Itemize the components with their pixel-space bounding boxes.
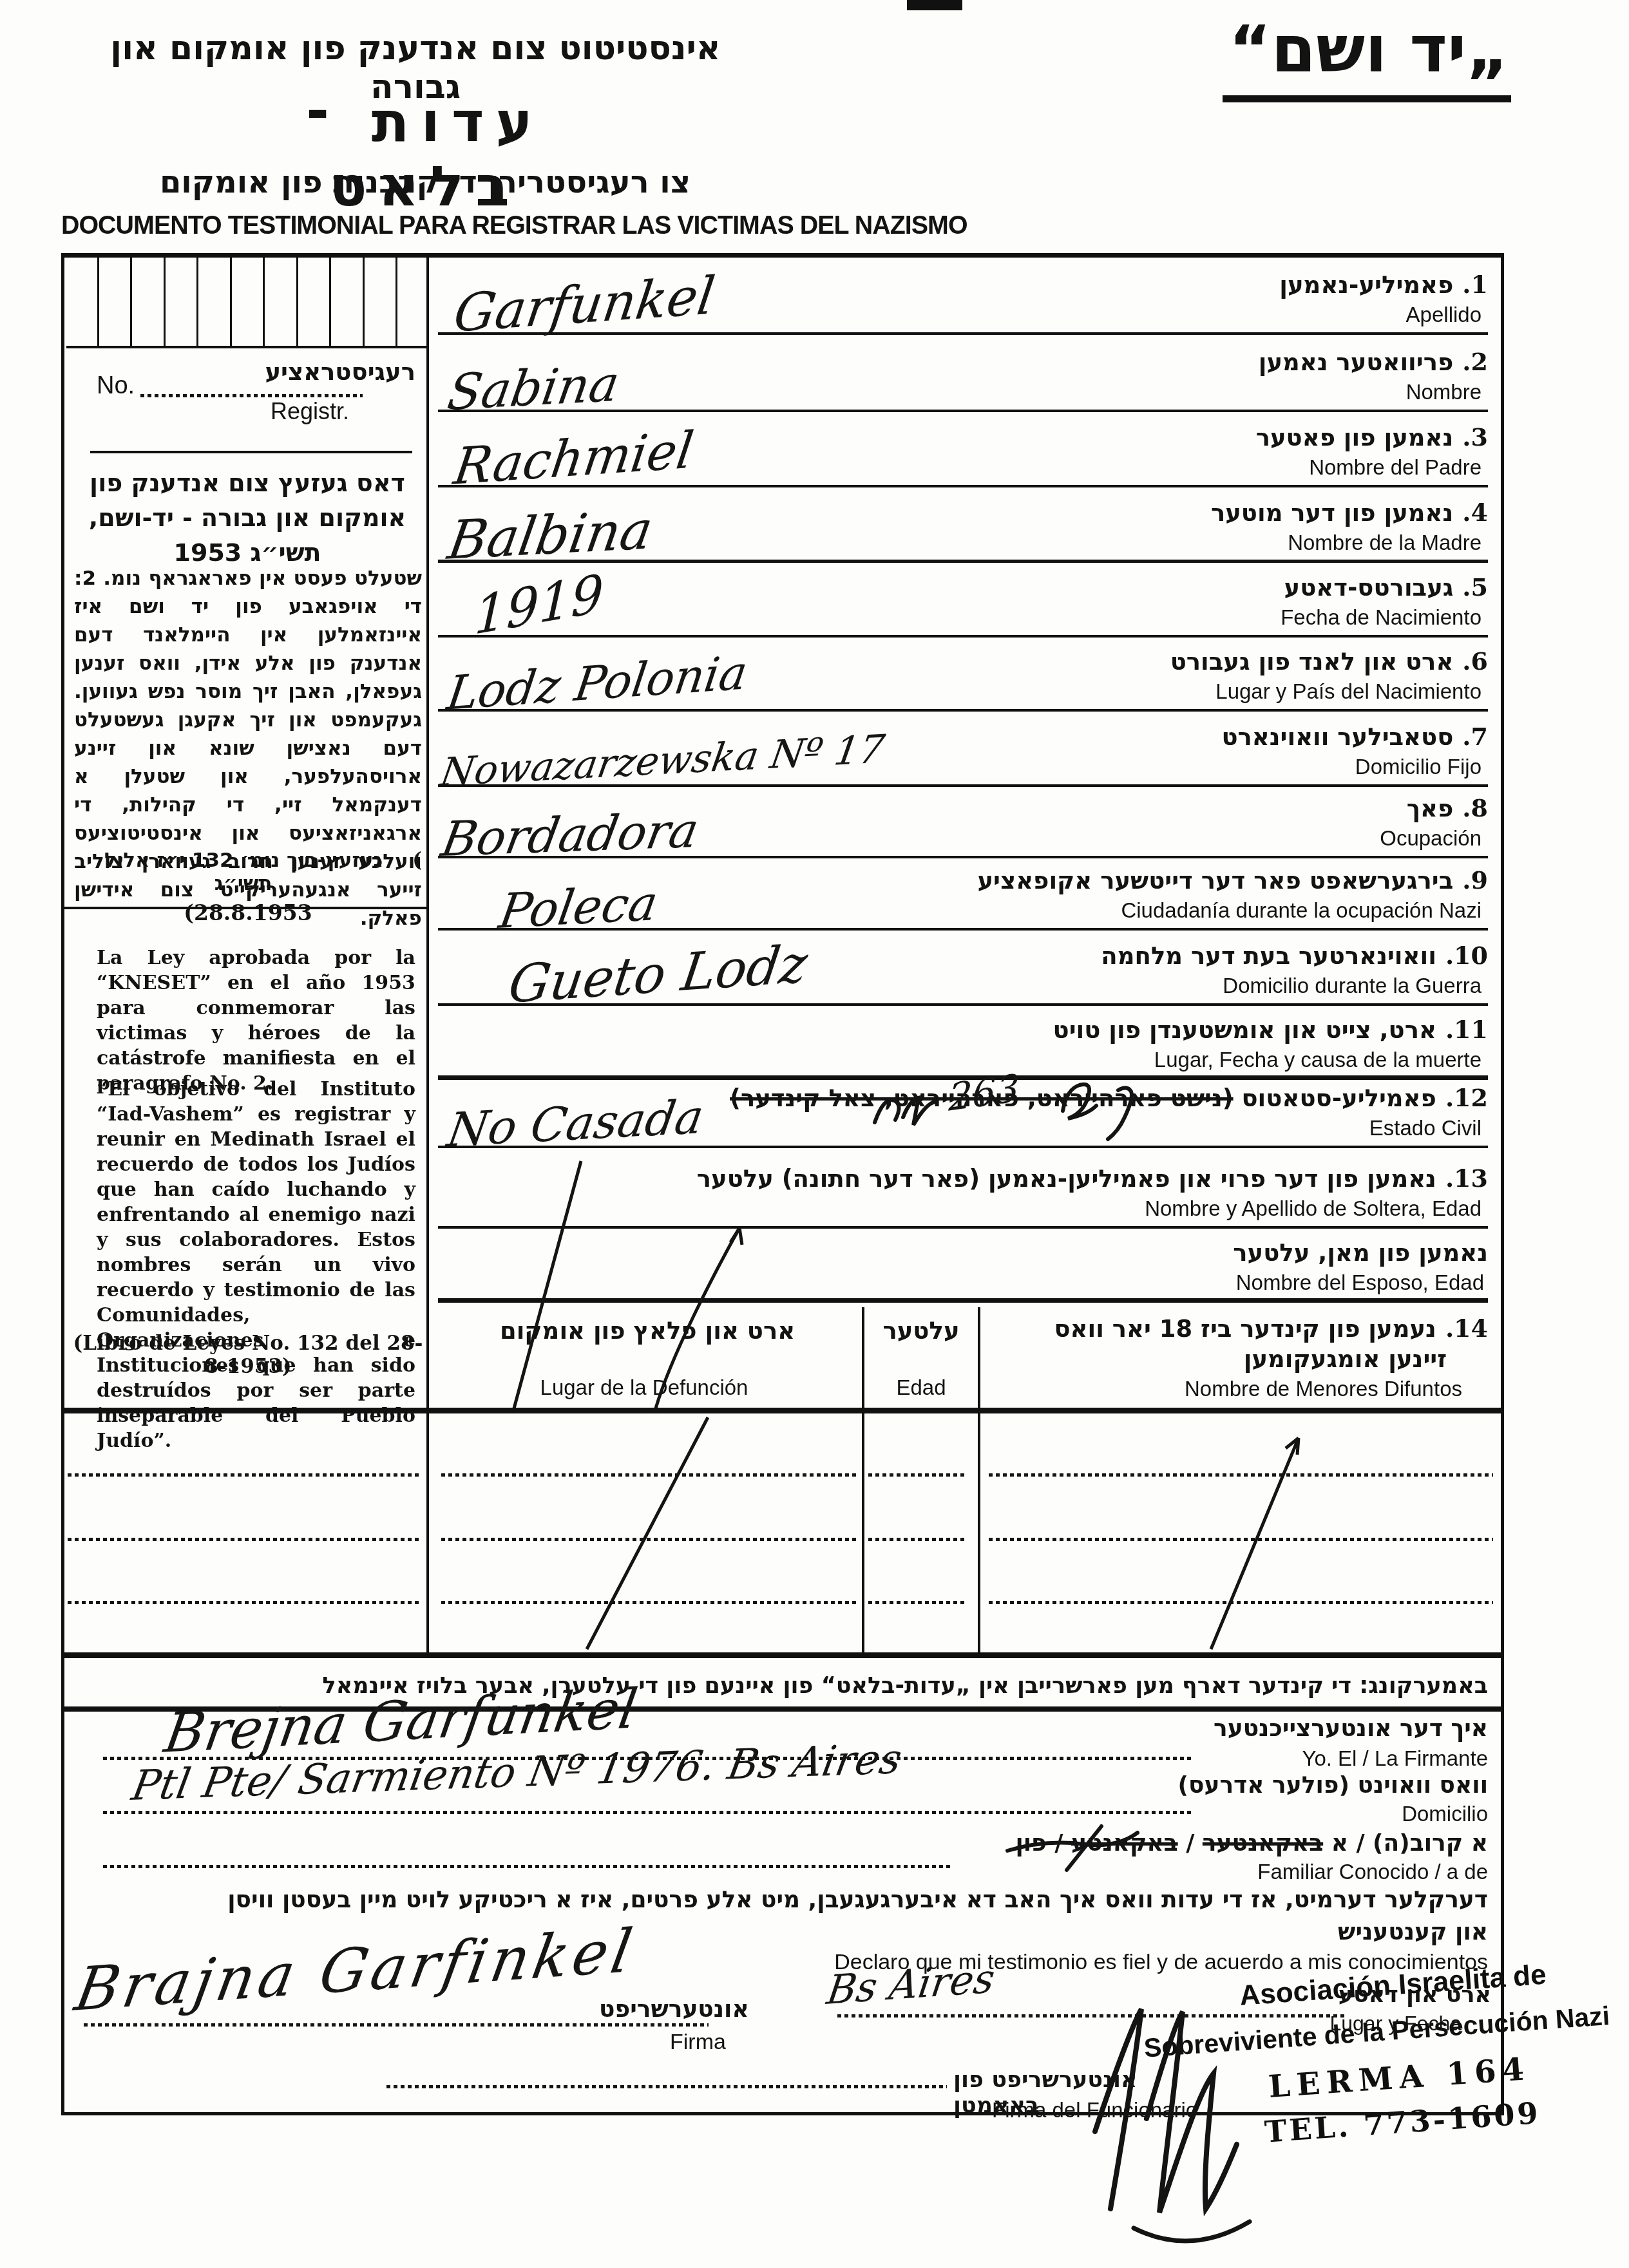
familiar-slash-mark (1005, 1822, 1140, 1874)
field-number: .5 (1462, 572, 1488, 601)
sidebar-rule-1 (90, 451, 412, 453)
form-left-border (61, 253, 64, 2115)
field-label-line: פאך.8 (1380, 793, 1488, 822)
field-label-line: פאמיליע-נאמען.1 (1279, 270, 1488, 299)
field-label: נאמען פון מאן, עלטערNombre del Esposo, E… (1233, 1239, 1488, 1295)
domicilio-label-es: Domicilio (1402, 1802, 1488, 1826)
field-number: .11 (1445, 1015, 1488, 1044)
field-number: .3 (1462, 422, 1488, 451)
table-bottom (61, 1652, 1503, 1658)
lugar-fecha-value: Bs Aires (824, 1958, 997, 2010)
grid-tick (130, 258, 132, 346)
field-value: Gueto Lodz (506, 938, 810, 1011)
field-label-yi: געבורטס-דאטע (1284, 574, 1454, 601)
form-field-row: בירגערשאפט פאר דער דייטשער אקופאציע.9Ciu… (438, 858, 1488, 931)
logo-underline (1223, 95, 1511, 102)
table-dotted-line (68, 1473, 422, 1477)
field-number: .7 (1462, 722, 1488, 751)
field-label-yi: ארט, צייט און אומשטענדן פון טויט (1053, 1016, 1436, 1044)
field-label-line: ארט, צייט און אומשטענדן פון טויט.11 (1053, 1015, 1488, 1044)
field-label-es: Domicilio durante la Guerra (1101, 974, 1488, 998)
grid-tick (395, 258, 397, 346)
col-lugar-yi: ארט און פלאץ פון אומקום (438, 1317, 857, 1345)
law-cite-es: (Libro de Leyes No. 132 del 28-8-1953) (71, 1332, 425, 1378)
field-label-line: נאמען פון מאן, עלטער (1233, 1239, 1488, 1267)
field-label-es: Lugar, Fecha y causa de la muerte (1053, 1048, 1488, 1072)
familiar-segment: א קרוב(ה) / א (1323, 1830, 1488, 1857)
field-number: .4 (1462, 498, 1488, 527)
table-vline-2 (978, 1307, 980, 1657)
field-label-yi: פאך (1407, 795, 1454, 822)
col-edad-yi: עלטער (864, 1317, 978, 1345)
field-number: .2 (1462, 347, 1488, 376)
registr-label-yi: רעגיסטראציע (258, 358, 415, 386)
field-label: וואוינארטער בעת דער מלחמה.10Domicilio du… (1101, 941, 1488, 998)
field-label: פאך.8Ocupación (1380, 793, 1488, 851)
scan-artifact (907, 0, 962, 10)
firma-label-es: Firma (670, 2030, 726, 2055)
table-dotted-line (68, 1538, 422, 1541)
registration-no-label: No. (97, 372, 135, 400)
field-label-yi: פאמיליע-נאמען (1279, 271, 1453, 299)
form-field-row: געבורטס-דאטע.5Fecha de Nacimiento1919 (438, 563, 1488, 638)
field-label-es: Ocupación (1380, 826, 1488, 851)
field-label-line: ארט און לאנד פון געבורט.6 (1170, 647, 1488, 676)
field-value: Nowazarzewska Nº 17 (438, 730, 887, 792)
familiar-segment: באקאנטער (1203, 1830, 1323, 1857)
field-label-es: Ciudadanía durante la ocupación Nazi (977, 898, 1488, 923)
firma-value: Brajna Garfinkel (71, 1921, 640, 2020)
field-value: Garfunkel (451, 270, 718, 340)
domicilio-label-yi: וואס וואוינט (פולער אדרעס) (1178, 1772, 1489, 1799)
field14-yi-1: נעמען פון קינדער ביז 18 יאר וואס (1054, 1315, 1436, 1343)
form-field-row: ארט און לאנד פון געבורט.6Lugar y País de… (438, 638, 1488, 712)
firma-line (84, 2023, 709, 2027)
grid-tick (230, 258, 232, 346)
field-value: Bordadora (438, 807, 702, 864)
familiar-label-es: Familiar Conocido / a de (1257, 1860, 1488, 1884)
field-label: נאמען פון דער מוטער.4Nombre de la Madre (1211, 498, 1488, 555)
law-cite-yi: געזעץ-בוך נומ׳ 132 י״ז אלול תשי״ג( (28.8… (74, 849, 422, 925)
field14-num: .14 (1445, 1314, 1488, 1343)
table-slash-menores (1203, 1433, 1306, 1652)
declaration-yi-2: און קענטעניש (1338, 1919, 1488, 1945)
field-label-yi: סטאבילער וואוינארט (1221, 723, 1453, 751)
col-lugar-header: ארט און פלאץ פון אומקום Lugar de la Defu… (438, 1317, 857, 1400)
form-field-row: פריוואטער נאמען.2NombreSabina (438, 335, 1488, 412)
sidebar-rule-2 (61, 907, 428, 909)
col-edad-header: עלטער Edad (864, 1317, 978, 1400)
field-value: No Casada (444, 1093, 707, 1153)
grid-tick (263, 258, 265, 346)
field-value: Sabina (444, 359, 622, 417)
field-label-es: Nombre de la Madre (1211, 531, 1488, 555)
declaration-yi-1: דערקלער דערמיט, אז די עדות וואס איך האב … (227, 1887, 1488, 1913)
field-label: ארט, צייט און אומשטענדן פון טויט.11Lugar… (1053, 1015, 1488, 1072)
field14-label: נעמען פון קינדער ביז 18 יאר וואס .14 זיי… (992, 1314, 1488, 1401)
field-label-es: Fecha de Nacimiento (1281, 605, 1488, 630)
law-heading-line: דאס געזעץ צום אנדענק פון (71, 469, 424, 497)
field-number: .1 (1462, 270, 1488, 299)
grid-tick (164, 258, 166, 346)
death-info-value: 263 (948, 1069, 1020, 1117)
law-cite-yi-date: (28.8.1953 (74, 900, 422, 925)
field-label-es: Domicilio Fijo (1221, 755, 1488, 779)
field-value: 1919 (473, 567, 604, 643)
field-label-es: Lugar y País del Nacimiento (1170, 679, 1488, 704)
form-right-border (1501, 253, 1504, 2115)
field-label-line: נאמען פון דער פרוי און פאמיליען-נאמען (פ… (697, 1164, 1488, 1193)
yad-vashem-logo: „יד ושם“ (1224, 12, 1514, 87)
law-heading-line: אומקום און גבורה - יד-ושם, (71, 504, 424, 532)
form-field-row: ארט, צייט און אומשטענדן פון טויט.11Lugar… (438, 1006, 1488, 1080)
law-heading-line: תשי״ג 1953 (71, 538, 424, 567)
table-dotted-line (868, 1473, 966, 1477)
table-header-bottom (61, 1408, 1503, 1413)
field-label-yi: ארט און לאנד פון געבורט (1170, 648, 1454, 676)
field-label: נאמען פון פאטער.3Nombre del Padre (1256, 422, 1488, 480)
field-label-yi: נאמען פון דער מוטער (1211, 499, 1453, 527)
field-number: .8 (1462, 793, 1488, 822)
field-label: ארט און לאנד פון געבורט.6Lugar y País de… (1170, 647, 1488, 704)
grid-tick (196, 258, 198, 346)
grid-tick (97, 258, 99, 346)
field-label-line: נאמען פון פאטער.3 (1256, 422, 1488, 451)
field14-es: Nombre de Menores Difuntos (992, 1377, 1488, 1401)
field-label: נאמען פון דער פרוי און פאמיליען-נאמען (פ… (697, 1164, 1488, 1221)
sidebar-divider (426, 253, 429, 1657)
grid-tick (363, 258, 365, 346)
grid-tick (329, 258, 331, 346)
form-field-row: נאמען פון פאטער.3Nombre del PadreRachmie… (438, 412, 1488, 487)
registration-no-line (140, 394, 363, 397)
field-value: Poleca (496, 879, 661, 936)
familiar-line (103, 1865, 953, 1868)
firma-label-yi: אונטערשריפט (599, 1996, 749, 2023)
field-label: פריוואטער נאמען.2Nombre (1259, 347, 1488, 404)
field-label-yi: נאמען פון מאן, עלטער (1233, 1239, 1488, 1267)
field-label-yi: וואוינארטער בעת דער מלחמה (1101, 942, 1436, 970)
table-dotted-line (868, 1538, 966, 1541)
field-label-es: Nombre del Esposo, Edad (1233, 1271, 1488, 1295)
firmante-label-es: Yo. El / La Firmante (1302, 1746, 1488, 1771)
field-label-yi: בירגערשאפט פאר דער דייטשער אקופאציע (977, 867, 1453, 894)
field-label-es: Nombre y Apellido de Soltera, Edad (697, 1196, 1488, 1221)
law-text-es-1: La Ley aprobada por la “KNESET” en el añ… (97, 945, 415, 1096)
table-dotted-line (68, 1601, 422, 1604)
field-label-line: נאמען פון דער מוטער.4 (1211, 498, 1488, 527)
firmante-label-yi: איך דער אונטערצייכנטער (1214, 1715, 1488, 1742)
field-label-line: בירגערשאפט פאר דער דייטשער אקופאציע.9 (977, 865, 1488, 894)
grid-bottom-line (66, 346, 427, 348)
field-number: .9 (1462, 865, 1488, 894)
field-label-yi: נאמען פון דער פרוי און פאמיליען-נאמען (פ… (697, 1165, 1436, 1193)
field-label: געבורטס-דאטע.5Fecha de Nacimiento (1281, 572, 1488, 630)
field-value: Rachmiel (451, 425, 696, 493)
form-field-row: וואוינארטער בעת דער מלחמה.10Domicilio du… (438, 931, 1488, 1006)
field-label-line: וואוינארטער בעת דער מלחמה.10 (1101, 941, 1488, 970)
grid-tick (296, 258, 298, 346)
familiar-segment: / (1178, 1830, 1203, 1857)
testimony-form-page: אינסטיטוט צום אנדענק פון אומקום און גבור… (0, 0, 1629, 2268)
table-dotted-line (868, 1601, 966, 1604)
col-lugar-es: Lugar de la Defunción (438, 1375, 857, 1400)
col-edad-es: Edad (864, 1375, 978, 1400)
field-label: פאמיליע-נאמען.1Apellido (1279, 270, 1488, 327)
form-field-row: פאך.8OcupaciónBordadora (438, 787, 1488, 858)
law-text-es-2: “El objetivo del Instituto “Iad-Vashem” … (97, 1077, 415, 1453)
form-field-row: נאמען פון דער מוטער.4Nombre de la MadreB… (438, 487, 1488, 563)
field-number: .12 (1445, 1083, 1488, 1112)
field-label-line: פריוואטער נאמען.2 (1259, 347, 1488, 376)
domicilio-line (103, 1811, 1192, 1814)
document-title-es: DOCUMENTO TESTIMONIAL PARA REGISTRAR LAS… (61, 210, 967, 240)
field14-yi-2: זיינען אומגעקומען (992, 1345, 1488, 1373)
field-label-es: Apellido (1279, 303, 1488, 327)
association-stamp: Asociación Israelita de Sobreviviente de… (1148, 1952, 1629, 2157)
form-field-row: סטאבילער וואוינארט.7Domicilio FijoNowaza… (438, 712, 1488, 787)
table-slash-lugar (576, 1413, 718, 1652)
field-number: .6 (1462, 647, 1488, 676)
field-label: סטאבילער וואוינארט.7Domicilio Fijo (1221, 722, 1488, 779)
field-label-es: Nombre del Padre (1256, 455, 1488, 480)
field-value: Lodz Polonia (444, 649, 750, 717)
funcionario-line (386, 2085, 947, 2088)
field-label-yi: נאמען פון פאטער (1256, 424, 1454, 451)
header-subtitle: צו רעגיסטרירן די קרבנות פון אומקום (148, 164, 702, 200)
field-label-line: געבורטס-דאטע.5 (1281, 572, 1488, 601)
field-label-es: Nombre (1259, 380, 1488, 404)
field-label-line: סטאבילער וואוינארט.7 (1221, 722, 1488, 751)
field-label: בירגערשאפט פאר דער דייטשער אקופאציע.9Ciu… (977, 865, 1488, 923)
field-number: .10 (1445, 941, 1488, 970)
field-number: .13 (1445, 1164, 1488, 1193)
field-label-yi: פריוואטער נאמען (1259, 348, 1454, 376)
form-field-row: פאמיליע-נאמען.1ApellidoGarfunkel (438, 256, 1488, 335)
field-value: Balbina (444, 504, 656, 568)
registr-label-es: Registr. (271, 398, 349, 425)
